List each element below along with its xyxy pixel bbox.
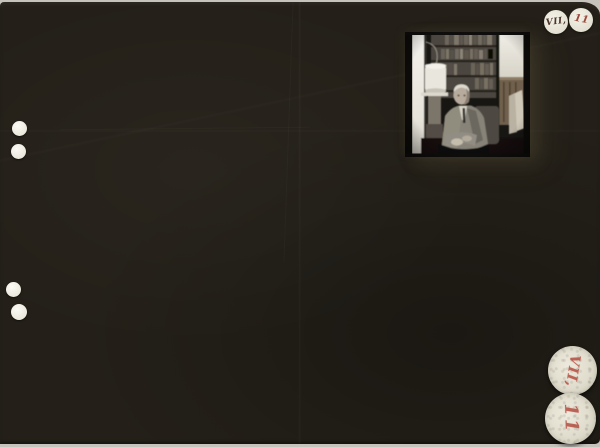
index-sticker-roman-text: VII, <box>545 16 567 28</box>
index-sticker-number-text: 11 <box>573 14 589 26</box>
index-sticker-roman: VII, <box>544 10 568 34</box>
crease-line <box>283 2 293 262</box>
album-page-scan: VII, 11 VII, 11 <box>0 0 600 447</box>
hole-dot-bottom-2 <box>11 304 27 320</box>
hole-dot-bottom-1 <box>6 282 21 297</box>
hole-dot-top-1 <box>12 121 27 136</box>
portrait-photo-art <box>405 32 530 157</box>
crease-line <box>60 127 310 131</box>
round-label-roman: VII, <box>548 346 597 395</box>
hole-dot-top-2 <box>11 144 26 159</box>
index-sticker-number: 11 <box>569 8 593 32</box>
round-label-number: 11 <box>545 393 596 444</box>
portrait-photo <box>405 32 530 157</box>
round-label-roman-text: VII, <box>563 353 582 388</box>
round-label-number-text: 11 <box>561 403 580 435</box>
